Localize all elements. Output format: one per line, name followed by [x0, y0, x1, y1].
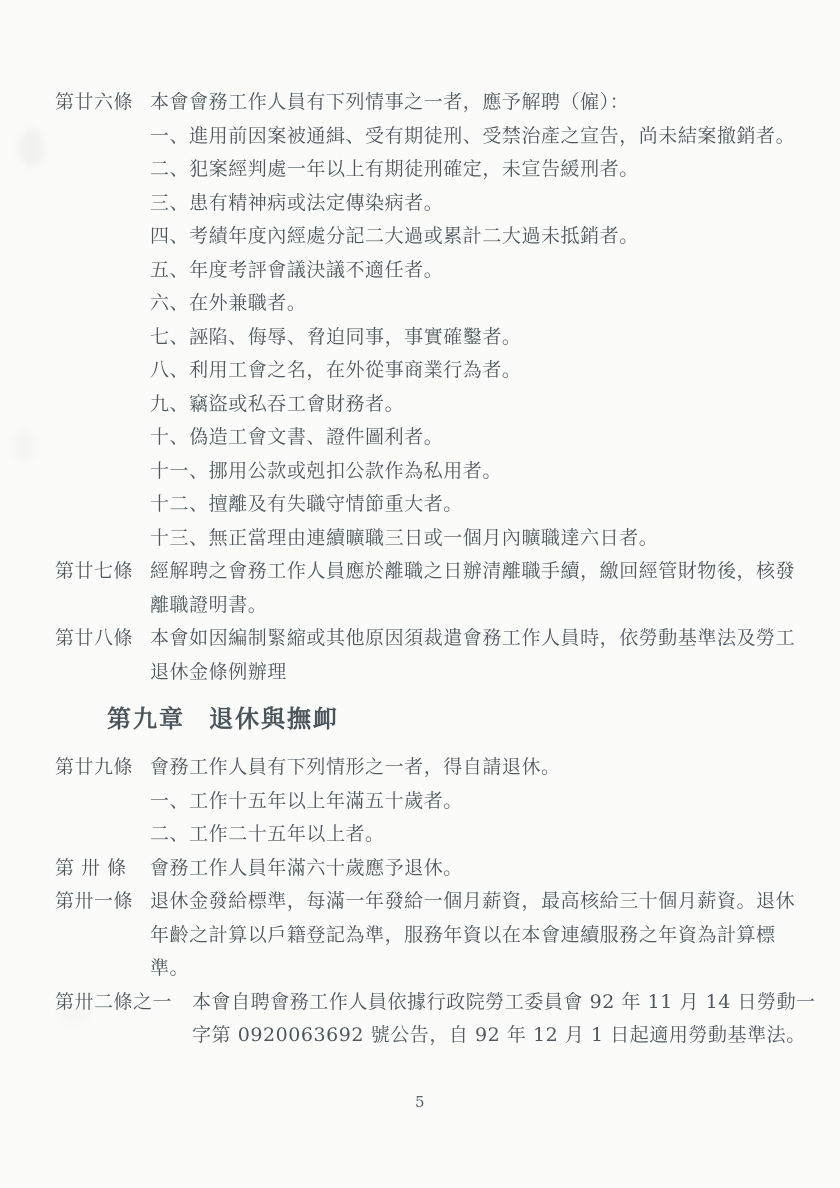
article-line: 二、工作二十五年以上者。: [150, 818, 800, 852]
scan-artifact: [18, 128, 44, 168]
article-30-body: 會務工作人員年滿六十歲應予退休。: [150, 852, 800, 886]
article-line: 本會自聘會務工作人員依據行政院勞工委員會 92 年 11 月 14 日勞動一: [192, 986, 800, 1020]
article-line: 八、利用工會之名，在外從事商業行為者。: [150, 354, 800, 388]
article-line: 十一、挪用公款或剋扣公款作為私用者。: [150, 455, 800, 489]
article-28-body: 本會如因編制緊縮或其他原因須裁遣會務工作人員時，依勞動基準法及勞工 退休金條例辦…: [150, 622, 800, 689]
article-line: 一、進用前因案被通緝、受有期徒刑、受禁治產之宣告，尚未結案撤銷者。: [150, 120, 800, 154]
article-31-label: 第卅一條: [55, 885, 150, 919]
article-30: 第 卅 條 會務工作人員年滿六十歲應予退休。: [55, 852, 800, 886]
article-29-label: 第廿九條: [55, 751, 150, 785]
article-27-body: 經解聘之會務工作人員應於離職之日辦清離職手續，繳回經管財物後，核發 離職證明書。: [150, 555, 800, 622]
article-line: 十二、擅離及有失職守情節重大者。: [150, 488, 800, 522]
article-line: 退休金發給標準，每滿一年發給一個月薪資，最高核給三十個月薪資。退休: [150, 885, 800, 919]
article-32-1-body: 本會自聘會務工作人員依據行政院勞工委員會 92 年 11 月 14 日勞動一 字…: [192, 986, 800, 1053]
article-line: 年齡之計算以戶籍登記為準，服務年資以在本會連續服務之年資為計算標: [150, 919, 800, 953]
article-line: 三、患有精神病或法定傳染病者。: [150, 187, 800, 221]
document-page: 第廿六條 本會會務工作人員有下列情事之一者，應予解聘（僱）： 一、進用前因案被通…: [0, 0, 840, 1188]
article-line: 五、年度考評會議決議不適任者。: [150, 254, 800, 288]
article-line: 四、考績年度內經處分記二大過或累計二大過未抵銷者。: [150, 220, 800, 254]
article-26: 第廿六條 本會會務工作人員有下列情事之一者，應予解聘（僱）： 一、進用前因案被通…: [55, 86, 800, 555]
article-line: 本會會務工作人員有下列情事之一者，應予解聘（僱）：: [150, 86, 800, 120]
article-line: 十三、無正當理由連續曠職三日或一個月內曠職達六日者。: [150, 522, 800, 556]
scan-artifact: [14, 430, 34, 464]
article-31-body: 退休金發給標準，每滿一年發給一個月薪資，最高核給三十個月薪資。退休 年齡之計算以…: [150, 885, 800, 986]
article-line: 六、在外兼職者。: [150, 287, 800, 321]
article-line: 九、竊盜或私吞工會財務者。: [150, 388, 800, 422]
chapter-title: 退休與撫卹: [209, 704, 339, 733]
page-number: 5: [0, 1093, 840, 1111]
article-30-label: 第 卅 條: [55, 852, 150, 886]
article-line: 經解聘之會務工作人員應於離職之日辦清離職手續，繳回經管財物後，核發: [150, 555, 800, 589]
article-line: 會務工作人員有下列情形之一者，得自請退休。: [150, 751, 800, 785]
document-content: 第廿六條 本會會務工作人員有下列情事之一者，應予解聘（僱）： 一、進用前因案被通…: [55, 86, 800, 1053]
article-line: 字第 0920063692 號公告，自 92 年 12 月 1 日起適用勞動基準…: [192, 1019, 800, 1053]
article-line: 準。: [150, 952, 800, 986]
article-line: 二、犯案經判處一年以上有期徒刑確定，未宣告緩刑者。: [150, 153, 800, 187]
article-31: 第卅一條 退休金發給標準，每滿一年發給一個月薪資，最高核給三十個月薪資。退休 年…: [55, 885, 800, 986]
chapter-9-heading: 第九章退休與撫卹: [107, 701, 800, 737]
article-28: 第廿八條 本會如因編制緊縮或其他原因須裁遣會務工作人員時，依勞動基準法及勞工 退…: [55, 622, 800, 689]
article-line: 會務工作人員年滿六十歲應予退休。: [150, 852, 800, 886]
article-26-body: 本會會務工作人員有下列情事之一者，應予解聘（僱）： 一、進用前因案被通緝、受有期…: [150, 86, 800, 555]
article-line: 一、工作十五年以上年滿五十歲者。: [150, 785, 800, 819]
article-27-label: 第廿七條: [55, 555, 150, 589]
article-29-body: 會務工作人員有下列情形之一者，得自請退休。 一、工作十五年以上年滿五十歲者。 二…: [150, 751, 800, 852]
article-line: 離職證明書。: [150, 589, 800, 623]
article-line: 十、偽造工會文書、證件圖利者。: [150, 421, 800, 455]
article-27: 第廿七條 經解聘之會務工作人員應於離職之日辦清離職手續，繳回經管財物後，核發 離…: [55, 555, 800, 622]
article-28-label: 第廿八條: [55, 622, 150, 656]
article-line: 七、誣陷、侮辱、脅迫同事，事實確鑿者。: [150, 321, 800, 355]
article-line: 退休金條例辦理: [150, 656, 800, 690]
article-32-1: 第卅二條之一 本會自聘會務工作人員依據行政院勞工委員會 92 年 11 月 14…: [55, 986, 800, 1053]
article-29: 第廿九條 會務工作人員有下列情形之一者，得自請退休。 一、工作十五年以上年滿五十…: [55, 751, 800, 852]
article-32-1-label: 第卅二條之一: [55, 986, 192, 1020]
chapter-number: 第九章: [107, 704, 185, 733]
article-26-label: 第廿六條: [55, 86, 150, 120]
article-line: 本會如因編制緊縮或其他原因須裁遣會務工作人員時，依勞動基準法及勞工: [150, 622, 800, 656]
